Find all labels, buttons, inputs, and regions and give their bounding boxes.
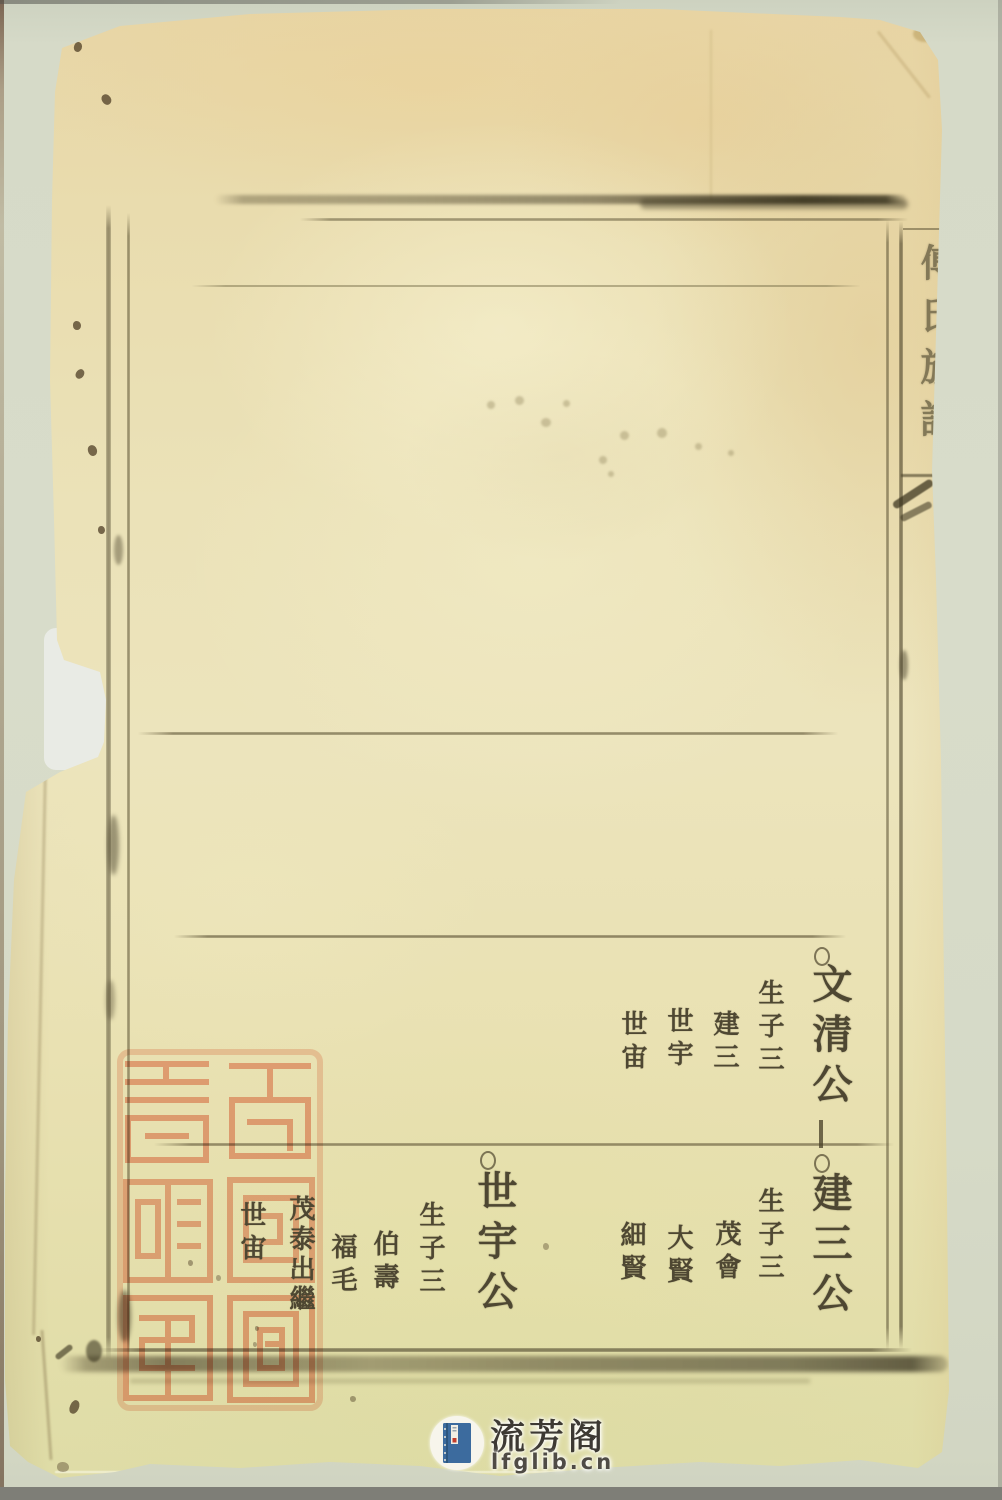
wormhole	[87, 444, 99, 457]
ancestor-name-jiansan: 建三公	[801, 1172, 858, 1322]
row-rule-3	[174, 935, 846, 938]
watermark-logo-circle	[430, 1416, 484, 1470]
stain-blob	[57, 1462, 69, 1472]
ink-blotch	[108, 815, 119, 875]
frame-left-outer	[106, 205, 111, 1360]
child-name: 茂會	[708, 1220, 745, 1286]
scan-edge-bottom-bar	[0, 1487, 1002, 1500]
lineage-marker-ring	[814, 1154, 830, 1173]
ink-blotch	[900, 650, 908, 680]
scan-edge-right	[998, 0, 1002, 1500]
ink-dot	[253, 1342, 257, 1347]
wormhole	[350, 1396, 356, 1402]
row-rule-2	[138, 732, 838, 735]
stain-blob	[66, 1480, 74, 1486]
stain-dot	[695, 443, 702, 450]
child-name: 伯壽	[366, 1230, 403, 1296]
ink-blotch	[106, 980, 115, 1020]
wormhole	[73, 321, 81, 330]
wormhole	[36, 1336, 41, 1342]
frame-right-inner	[886, 220, 889, 1350]
child-name: 大賢	[660, 1224, 697, 1290]
ink-dot	[188, 1260, 193, 1266]
ancestor-name-wenqing: 文清公	[801, 963, 858, 1113]
wormhole	[73, 41, 84, 53]
frame-top-rule	[300, 218, 908, 221]
scan-edge-left	[0, 0, 4, 1500]
stain-dot	[599, 456, 607, 464]
paper-crease-left-tail	[40, 1330, 52, 1460]
children-note: 生子三	[412, 1201, 449, 1300]
child-name: 建三	[706, 1010, 743, 1076]
wormhole	[98, 526, 105, 534]
child-name: 福毛	[324, 1233, 361, 1299]
ink-blotch	[114, 535, 123, 565]
row-rule-1	[192, 285, 860, 287]
title-box-bottom-rule	[901, 474, 945, 477]
children-note: 生子三	[751, 979, 788, 1078]
child-name: 世宙	[614, 1010, 651, 1076]
paper-sheet: 傅氏族譜 上海圖書館藏	[0, 0, 1002, 1500]
frame-top-smudge-dark	[640, 199, 908, 209]
adoption-note: 茂泰出繼	[282, 1195, 319, 1315]
stain-dot	[657, 428, 667, 438]
stain-dot	[728, 450, 734, 456]
stain-dot	[563, 400, 570, 407]
lineage-connector	[819, 1120, 823, 1148]
genealogy-scan-page: 傅氏族譜 上海圖書館藏	[0, 0, 1002, 1500]
book-title-strip: 傅氏族譜	[909, 243, 964, 451]
watermark-site-url: lfglib.cn	[491, 1450, 614, 1474]
stain-dot	[608, 471, 614, 477]
ancestor-name-shiyu: 世宇公	[466, 1170, 523, 1320]
lineage-marker-ring	[480, 1151, 496, 1170]
site-watermark: 流芳阁 lfglib.cn	[430, 1412, 630, 1474]
wormhole	[74, 368, 87, 381]
ink-dot	[255, 1326, 259, 1331]
ink-dot	[543, 1243, 549, 1250]
child-name: 世宇	[660, 1007, 697, 1073]
wormhole	[67, 1399, 81, 1415]
book-icon	[440, 1421, 474, 1465]
title-box-top-rule	[903, 228, 943, 230]
child-name: 細賢	[613, 1221, 650, 1287]
children-note: 生子三	[751, 1187, 788, 1286]
paper-crease-left	[32, 770, 47, 1335]
wormhole	[100, 92, 113, 106]
ink-dot	[216, 1275, 221, 1281]
stain-dot	[487, 401, 495, 409]
ink-blotch	[86, 1340, 102, 1362]
stain-dot	[541, 418, 551, 427]
stain-dot	[515, 396, 524, 405]
ancestor-name-shizhou: 世宙	[233, 1201, 270, 1267]
paper-crease-vertical	[710, 30, 712, 200]
frame-right-outer	[899, 221, 903, 1349]
stain-dot	[620, 431, 629, 440]
scan-edge-top	[0, 0, 1002, 4]
paper-fold-blob	[913, 26, 937, 42]
